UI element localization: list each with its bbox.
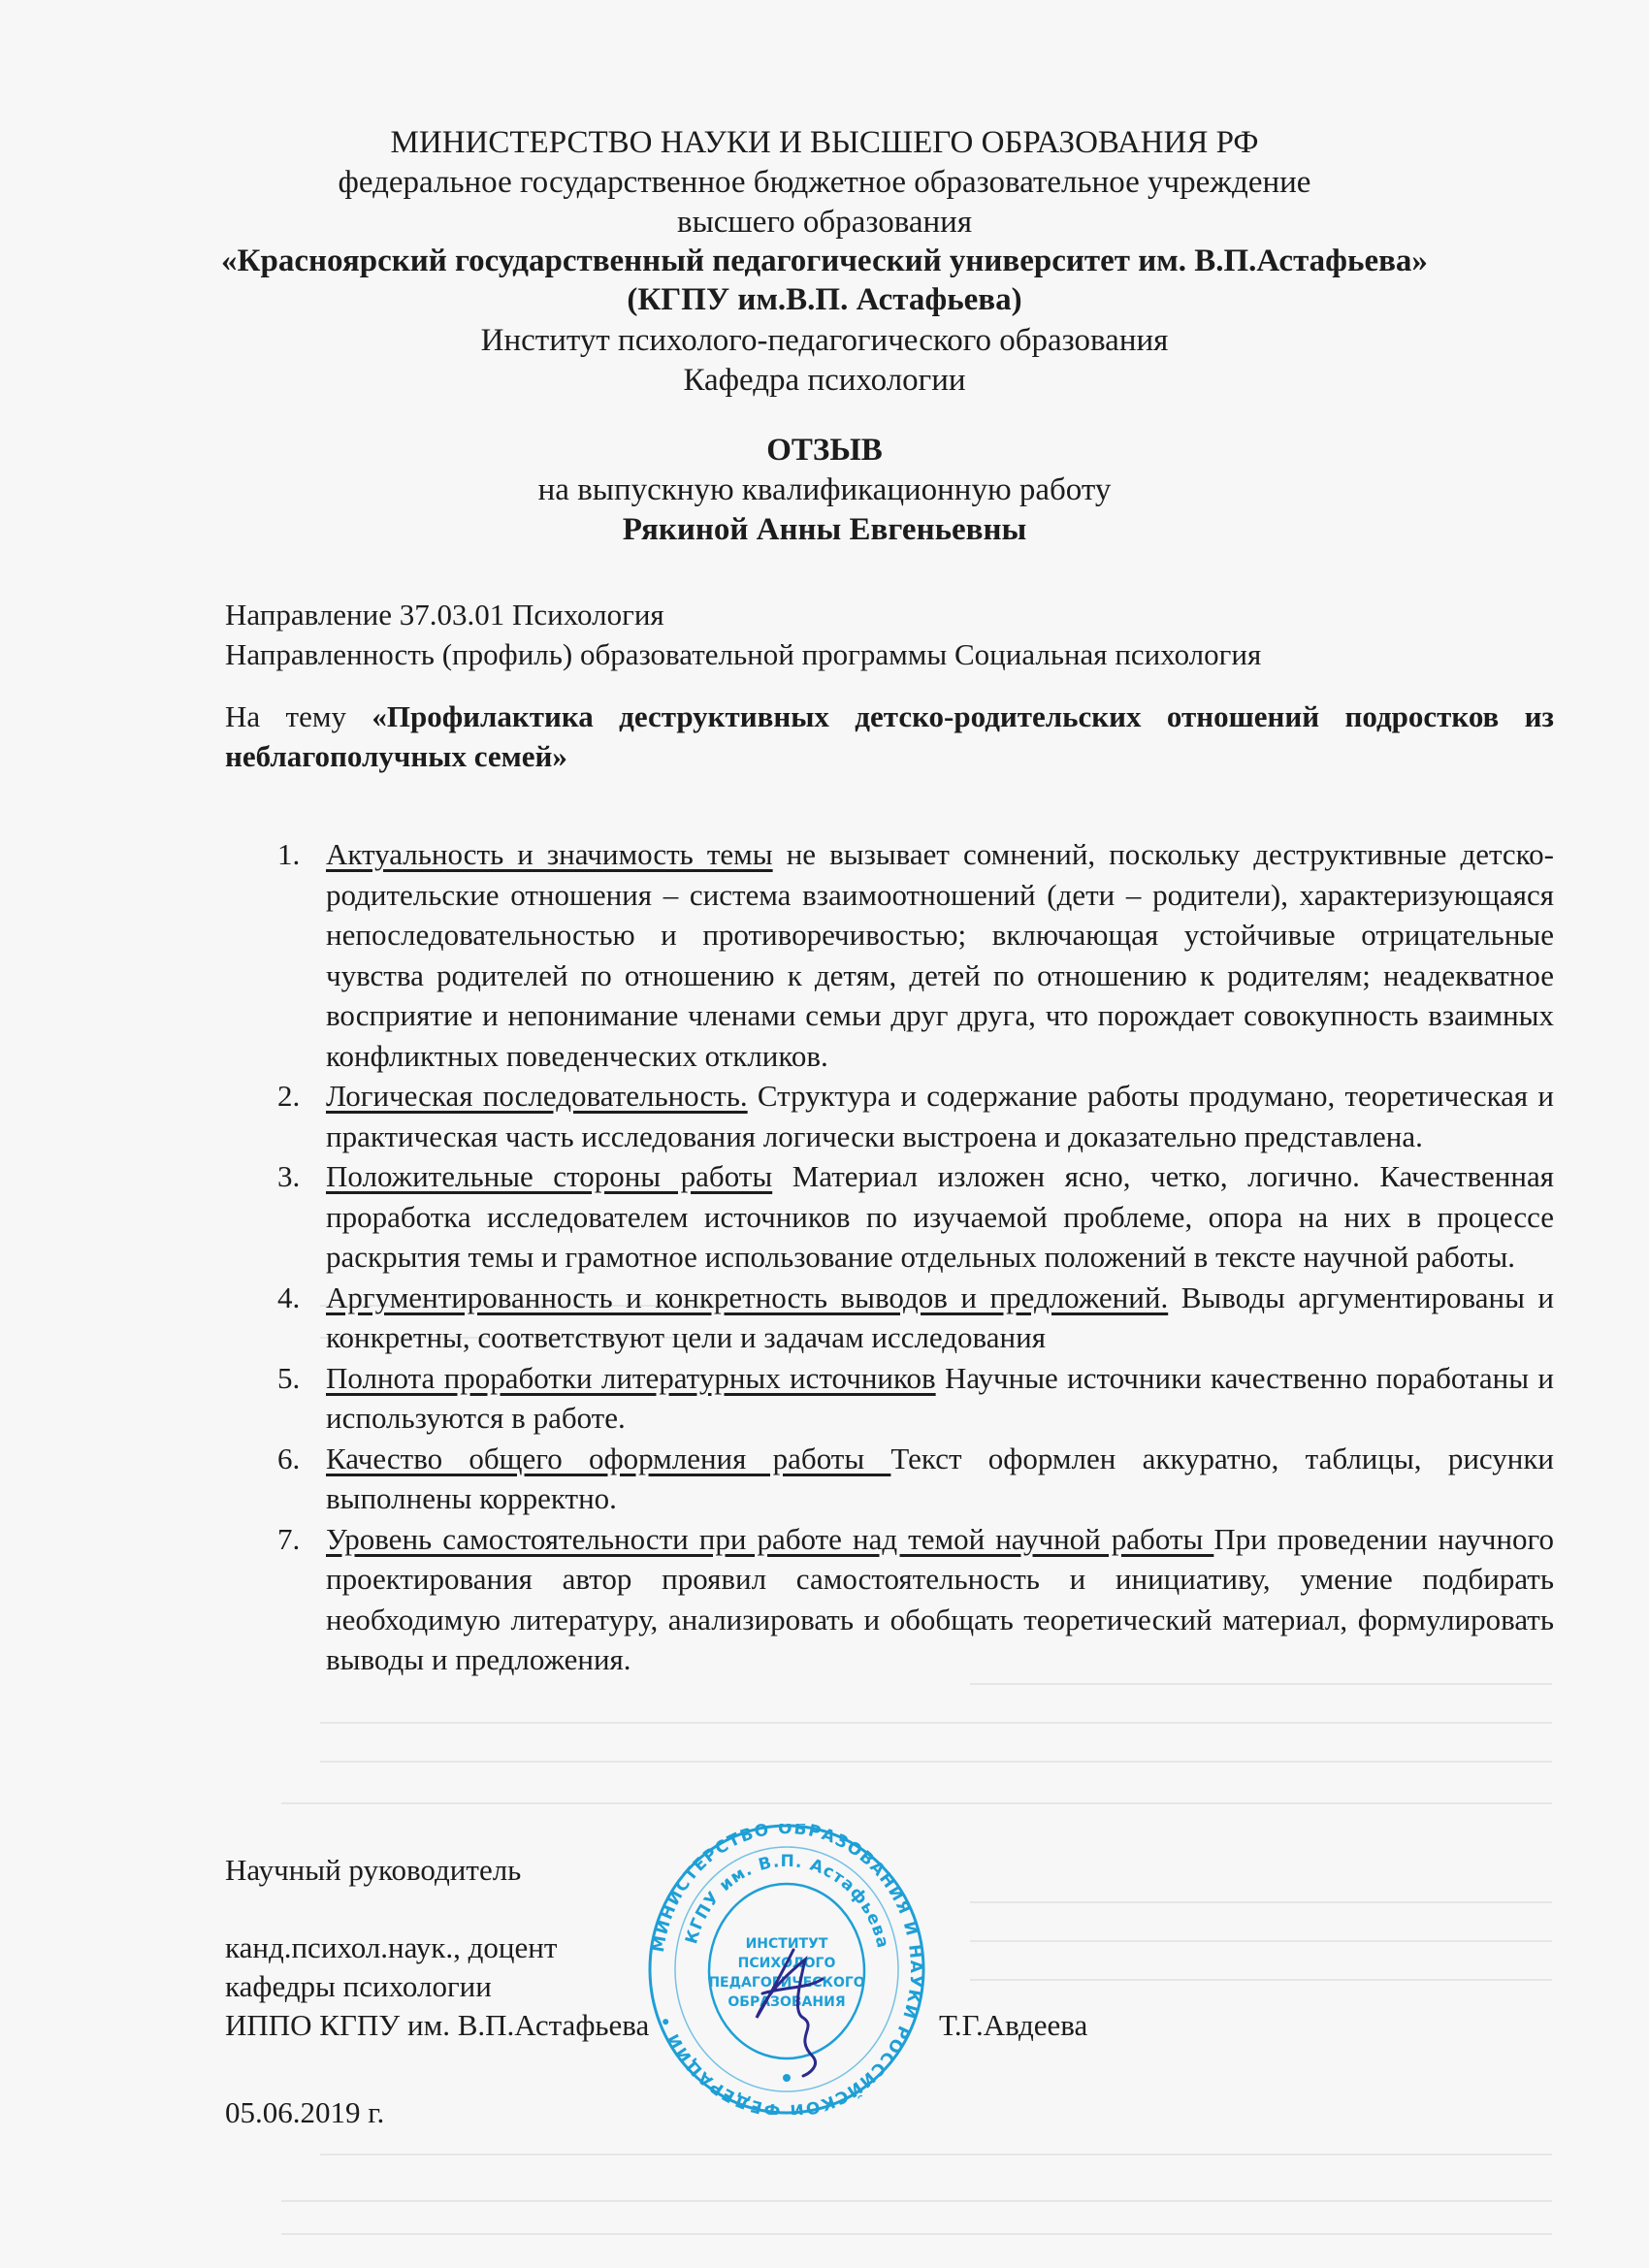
bleed-through — [970, 1940, 1552, 1942]
bleed-through — [970, 1683, 1552, 1685]
ministry-name: МИНИСТЕРСТВО НАУКИ И ВЫСШЕГО ОБРАЗОВАНИЯ… — [0, 124, 1649, 161]
review-date: 05.06.2019 г. — [225, 2095, 384, 2130]
university-name: «Красноярский государственный педагогиче… — [0, 243, 1649, 279]
item-heading: Аргументированность и конкретность вывод… — [326, 1280, 1168, 1314]
item-text: не вызывает сомнений, поскольку деструкт… — [326, 837, 1554, 1073]
item-heading: Качество общего оформления работы — [326, 1442, 890, 1475]
direction: Направление 37.03.01 Психология — [225, 598, 664, 632]
official-stamp-icon: МИНИСТЕРСТВО ОБРАЗОВАНИЯ И НАУКИ РОССИЙС… — [648, 1824, 925, 2115]
institution-type: федеральное государственное бюджетное об… — [0, 164, 1649, 201]
document-title: ОТЗЫВ — [0, 432, 1649, 469]
bleed-through — [970, 1979, 1552, 1981]
topic-title: «Профилактика деструктивных детско-родит… — [372, 699, 1554, 733]
institution-type-2: высшего образования — [0, 204, 1649, 241]
bleed-through — [320, 2154, 1552, 2155]
item-heading: Актуальность и значимость темы — [326, 837, 773, 871]
document-subtitle: на выпускную квалификационную работу — [0, 471, 1649, 508]
svg-text:ИНСТИТУТ: ИНСТИТУТ — [746, 1936, 828, 1952]
svg-text:ОБРАЗОВАНИЯ: ОБРАЗОВАНИЯ — [727, 1994, 845, 2010]
item-heading: Положительные стороны работы — [326, 1159, 772, 1193]
supervisor-name: Т.Г.Авдеева — [939, 2008, 1087, 2043]
list-item: 2.Логическая последовательность. Структу… — [262, 1076, 1554, 1156]
document-page: МИНИСТЕРСТВО НАУКИ И ВЫСШЕГО ОБРАЗОВАНИЯ… — [0, 0, 1649, 2268]
bleed-through — [281, 2233, 1552, 2235]
supervisor-affiliation: ИППО КГПУ им. В.П.Астафьева — [225, 2008, 649, 2043]
program-profile: Направленность (профиль) образовательной… — [225, 637, 1261, 672]
evaluation-list: 1.Актуальность и значимость темы не вызы… — [262, 834, 1554, 1680]
bleed-through — [281, 1802, 1552, 1804]
supervisor-degree: канд.психол.наук., доцент — [225, 1930, 557, 1965]
bleed-through — [320, 1761, 1552, 1763]
institute-name: Институт психолого-педагогического образ… — [0, 322, 1649, 359]
item-heading: Логическая последовательность. — [326, 1079, 748, 1113]
list-item: 7.Уровень самостоятельности при работе н… — [262, 1519, 1554, 1680]
list-item: 5.Полнота проработки литературных источн… — [262, 1358, 1554, 1439]
bleed-through — [281, 2200, 1552, 2202]
list-item: 3.Положительные стороны работы Материал … — [262, 1156, 1554, 1278]
student-name: Рякиной Анны Евгеньевны — [0, 511, 1649, 548]
item-heading: Полнота проработки литературных источник… — [326, 1361, 936, 1395]
topic-line-2: неблагополучных семей» — [225, 739, 567, 774]
item-heading: Уровень самостоятельности при работе над… — [326, 1522, 1213, 1556]
topic-line-1: На тему «Профилактика деструктивных детс… — [225, 699, 1554, 734]
topic-prefix: На тему — [225, 699, 346, 733]
list-item: 4.Аргументированность и конкретность выв… — [262, 1278, 1554, 1358]
list-item: 6.Качество общего оформления работы Текс… — [262, 1439, 1554, 1519]
bleed-through — [320, 1722, 1552, 1724]
list-item: 1.Актуальность и значимость темы не вызы… — [262, 834, 1554, 1076]
supervisor-department: кафедры психологии — [225, 1969, 492, 2004]
department-name: Кафедра психологии — [0, 362, 1649, 399]
supervisor-role: Научный руководитель — [225, 1853, 521, 1888]
university-short-name: (КГПУ им.В.П. Астафьева) — [0, 281, 1649, 318]
bleed-through — [970, 1901, 1552, 1903]
